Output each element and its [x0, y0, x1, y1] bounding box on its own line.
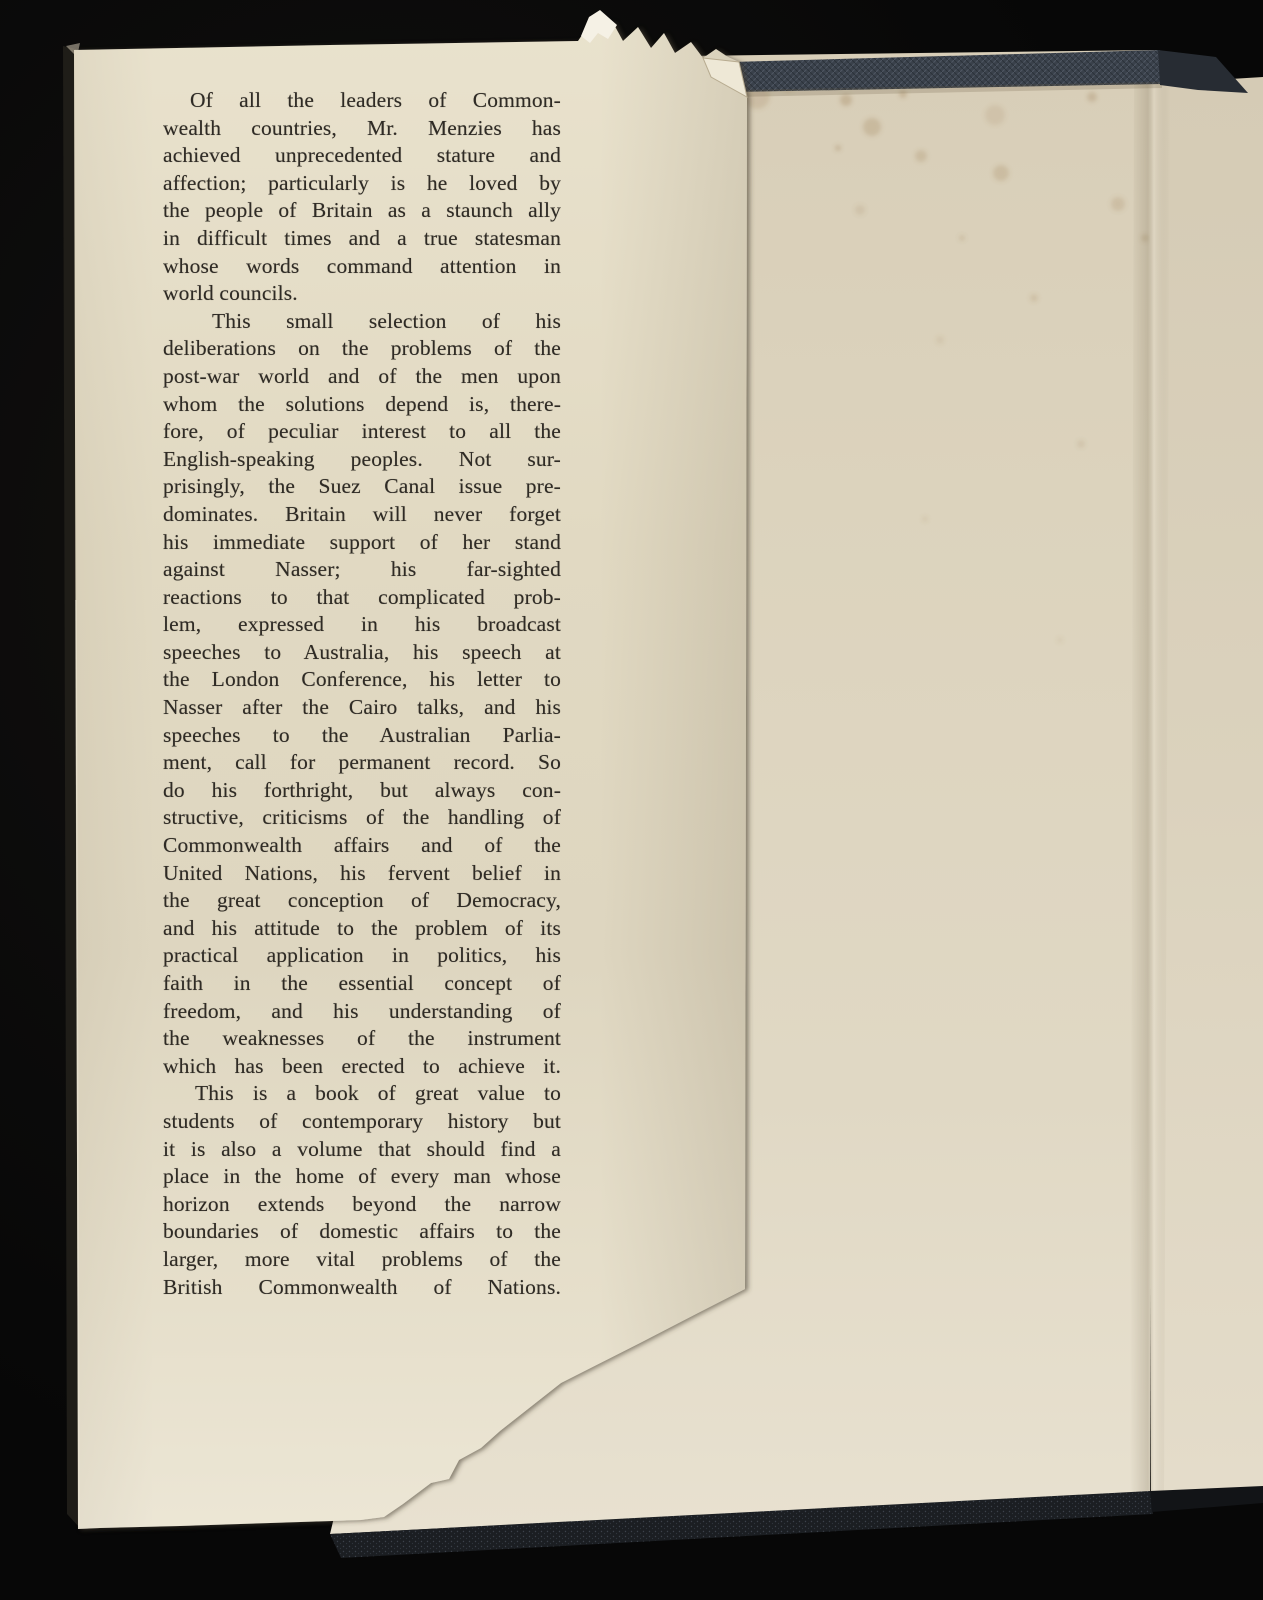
flap-text-line: speeches to the Australian Parlia- [163, 722, 561, 750]
flap-text-line: do his forthright, but always con- [163, 777, 561, 805]
flap-text-line: deliberations on the problems of the [163, 335, 561, 363]
flap-text-line: This small selection of his [163, 308, 561, 336]
flap-text-line: achieved unprecedented stature and [163, 142, 561, 170]
flap-text-line: the London Conference, his letter to [163, 666, 561, 694]
flap-text-line: the people of Britain as a staunch ally [163, 197, 561, 225]
flap-text-line: Of all the leaders of Common- [163, 87, 561, 115]
flap-text-line: affection; particularly is he loved by [163, 170, 561, 198]
flap-text: Of all the leaders of Common-wealth coun… [163, 87, 561, 1301]
flap-paragraph: This is a book of great value tostudents… [163, 1080, 561, 1301]
gutter-crease [1130, 60, 1170, 1496]
flap-text-line: British Commonwealth of Nations. [163, 1274, 561, 1302]
flap-text-line: faith in the essential concept of [163, 970, 561, 998]
flap-text-line: and his attitude to the problem of its [163, 915, 561, 943]
flap-text-line: ment, call for permanent record. So [163, 749, 561, 777]
flap-text-line: whom the solutions depend is, there- [163, 391, 561, 419]
flap-text-line: This is a book of great value to [163, 1080, 561, 1108]
flap-text-line: lem, expressed in his broadcast [163, 611, 561, 639]
flap-text-line: his immediate support of her stand [163, 529, 561, 557]
flap-text-line: structive, criticisms of the handling of [163, 804, 561, 832]
flap-text-line: the great conception of Democracy, [163, 887, 561, 915]
flap-text-line: horizon extends beyond the narrow [163, 1191, 561, 1219]
flap-text-line: in difficult times and a true statesman [163, 225, 561, 253]
flap-text-line: which has been erected to achieve it. [163, 1053, 561, 1081]
flap-text-line: against Nasser; his far-sighted [163, 556, 561, 584]
flap-text-line: English-speaking peoples. Not sur- [163, 446, 561, 474]
flap-text-line: Nasser after the Cairo talks, and his [163, 694, 561, 722]
flap-text-line: boundaries of domestic affairs to the [163, 1218, 561, 1246]
book-photo: Of all the leaders of Common-wealth coun… [0, 0, 1263, 1600]
flap-paragraph: This small selection of hisdeliberations… [163, 308, 561, 1081]
flap-text-line: reactions to that complicated prob- [163, 584, 561, 612]
flap-text-line: speeches to Australia, his speech at [163, 639, 561, 667]
flap-text-line: world councils. [163, 280, 561, 308]
flap-text-line: larger, more vital problems of the [163, 1246, 561, 1274]
flap-text-line: dominates. Britain will never forget [163, 501, 561, 529]
flap-text-line: place in the home of every man whose [163, 1163, 561, 1191]
flap-text-line: freedom, and his understanding of [163, 998, 561, 1026]
flap-text-line: wealth countries, Mr. Menzies has [163, 115, 561, 143]
flap-text-line: students of contemporary history but [163, 1108, 561, 1136]
flap-paragraph: Of all the leaders of Common-wealth coun… [163, 87, 561, 308]
flap-text-line: fore, of peculiar interest to all the [163, 418, 561, 446]
flap-text-line: whose words command attention in [163, 253, 561, 281]
flap-text-line: post-war world and of the men upon [163, 363, 561, 391]
flap-text-line: United Nations, his fervent belief in [163, 860, 561, 888]
flap-text-line: Commonwealth affairs and of the [163, 832, 561, 860]
flap-text-line: practical application in politics, his [163, 942, 561, 970]
flap-text-line: prisingly, the Suez Canal issue pre- [163, 473, 561, 501]
flap-text-line: the weaknesses of the instrument [163, 1025, 561, 1053]
flap-text-line: it is also a volume that should find a [163, 1136, 561, 1164]
